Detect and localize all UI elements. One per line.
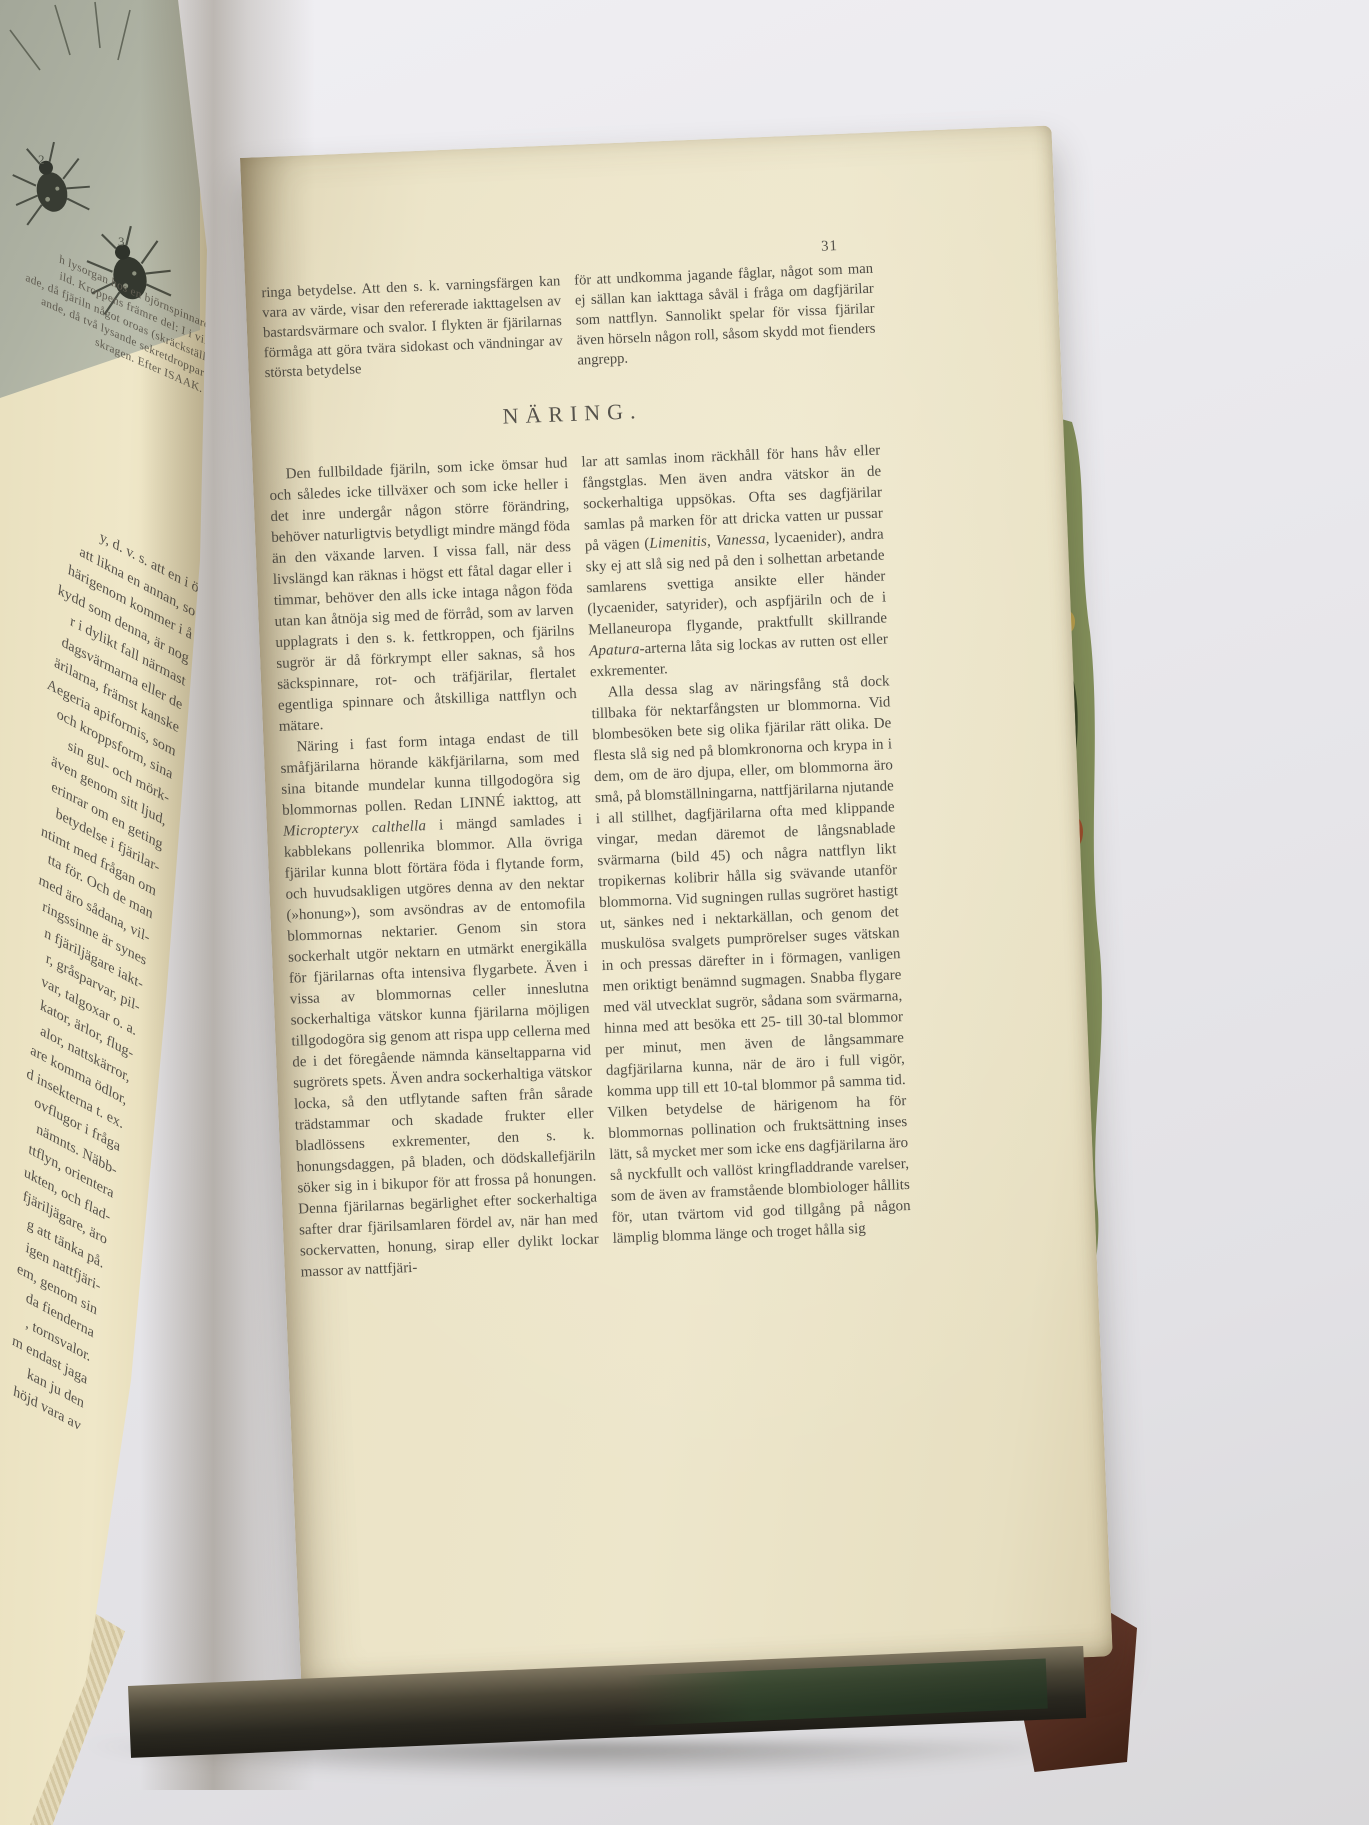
- left-text-column: Den fullbildade fjäriln, som icke ömsar …: [268, 453, 600, 1283]
- open-book-photo: 2 3 h lysorgan hos en björnspinnareild. …: [0, 0, 1369, 1825]
- top-paragraph-columns: ringa betydelse. Att den s. k. varningsf…: [261, 259, 877, 383]
- plate-edge-tint: [625, 1658, 1047, 1726]
- paragraph: Den fullbildade fjäriln, som icke ömsar …: [268, 453, 578, 738]
- figure-number-label: 3: [118, 234, 125, 249]
- beetle-figure: [4, 136, 96, 226]
- book-page: 31 ringa betydelse. Att den s. k. varnin…: [240, 125, 1113, 1688]
- chapter-heading: NÄRING.: [266, 389, 879, 440]
- paragraph: lar att samlas inom räckhåll för hans hå…: [581, 441, 889, 684]
- previous-page-text-fragments: y, d. v. s. att en i öatt likna en annan…: [0, 451, 200, 1439]
- figure-number-label: 2: [38, 152, 45, 167]
- paragraph: Näring i fast form intaga endast de till…: [279, 726, 600, 1284]
- top-left-column-text: ringa betydelse. Att den s. k. varningsf…: [261, 271, 564, 383]
- paragraph: Alla dessa slag av näringsfång stå dock …: [590, 671, 912, 1250]
- top-right-column-text: för att undkomma jagande fåglar, något s…: [574, 259, 877, 371]
- right-text-column: lar att samlas inom räckhåll för hans hå…: [581, 441, 913, 1271]
- page-number: 31: [821, 238, 839, 256]
- previous-page: 2 3 h lysorgan hos en björnspinnareild. …: [0, 0, 250, 1825]
- body-text-columns: Den fullbildade fjäriln, som icke ömsar …: [268, 441, 912, 1284]
